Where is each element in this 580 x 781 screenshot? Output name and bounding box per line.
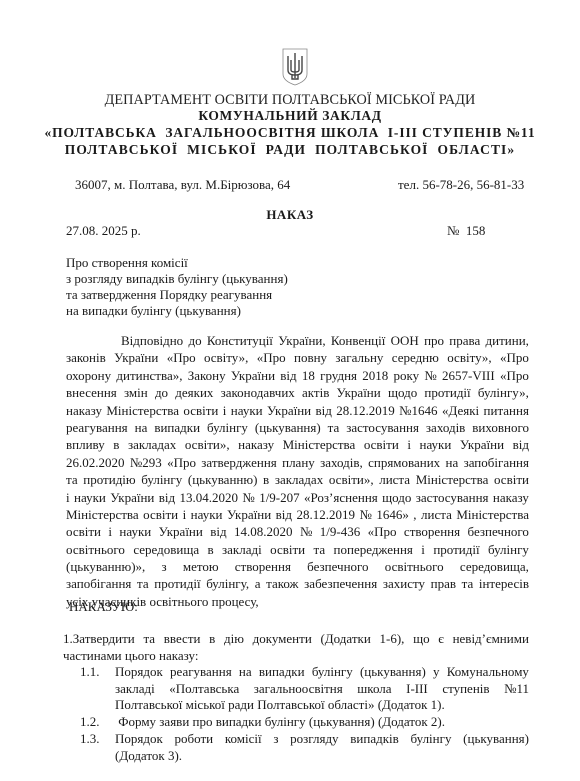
subitem-text: Форму заяви про випадки булінгу (цькуван… — [115, 714, 529, 731]
institution-type: КОМУНАЛЬНИЙ ЗАКЛАД — [0, 108, 580, 124]
subitem-line: Полтавської міської ради Полтавської обл… — [115, 697, 529, 714]
subitem-number: 1.2. — [80, 714, 100, 730]
preamble: ВідповіднодоКонституціїУкраїни,Конвенції… — [66, 332, 529, 610]
text-line: впливувзакладахосвіти»,наказуМіністерств… — [66, 436, 529, 453]
text-line: тапротидіюбулінгу(цькуванню)взакладахосв… — [66, 471, 529, 488]
subitem-line: Порядокреагуваннянавипадкибулінгу(цькува… — [115, 664, 529, 681]
order-date: 27.08. 2025 р. — [66, 223, 141, 239]
text-line: освітиінаукиУкраїнивід14.08.2020№1/9-436… — [66, 523, 529, 540]
subject-line: Про створення комісії — [66, 255, 288, 271]
subitem-number: 1.1. — [80, 664, 100, 680]
subject-line: на випадки булінгу (цькування) — [66, 303, 288, 319]
text-line: охоронудитинства»,ЗаконуУкраїнивід18груд… — [66, 367, 529, 384]
subitem-line: Форму заяви про випадки булінгу (цькуван… — [115, 714, 529, 731]
subitem-line: закладі«ПолтавськазагальноосвітняшколаІ-… — [115, 681, 529, 698]
text-line: внесеннязміндодеякихзаконодавчихактівУкр… — [66, 384, 529, 401]
subitem-text: Порядокроботикомісіїзрозглядувипадківбул… — [115, 731, 529, 764]
subject-line: з розгляду випадків булінгу (цькування) — [66, 271, 288, 287]
text-line: законівУкраїни«Проосвіту»,«Проповнузагал… — [66, 349, 529, 366]
item-line: частинами цього наказу: — [63, 648, 529, 665]
school-name-line-1: «ПОЛТАВСЬКА ЗАГАЛЬНООСВІТНЯ ШКОЛА І-ІІІ … — [0, 125, 580, 141]
item-line: 1.Затвердититаввестивдіюдокументи(Додатк… — [63, 631, 529, 648]
school-name-line-2: ПОЛТАВСЬКОЇ МІСЬКОЇ РАДИ ПОЛТАВСЬКОЇ ОБЛ… — [0, 142, 580, 158]
order-item-1: 1.Затвердититаввестивдіюдокументи(Додатк… — [63, 631, 529, 664]
text-line: освітньогосередовищавзакладіосвітитапопе… — [66, 541, 529, 558]
text-line: (цькуванню)»,зметоюствореннябезпечногоос… — [66, 558, 529, 575]
document-page: ДЕПАРТАМЕНТ ОСВІТИ ПОЛТАВСЬКОЇ МІСЬКОЇ Р… — [0, 0, 580, 781]
order-subject: Про створення комісії з розгляду випадкі… — [66, 255, 288, 319]
address: 36007, м. Полтава, вул. М.Бірюзова, 64 — [75, 177, 290, 193]
text-line: 26.02.2020№293«Прозатвердженняпланузаход… — [66, 454, 529, 471]
subitem-line: Порядокроботикомісіїзрозглядувипадківбул… — [115, 731, 529, 748]
department-name: ДЕПАРТАМЕНТ ОСВІТИ ПОЛТАВСЬКОЇ МІСЬКОЇ Р… — [0, 92, 580, 109]
directive-heading: НАКАЗУЮ: — [69, 599, 138, 615]
order-title: НАКАЗ — [0, 207, 580, 223]
subject-line: та затвердження Порядку реагування — [66, 287, 288, 303]
subitem-number: 1.3. — [80, 731, 100, 747]
text-line: ВідповіднодоКонституціїУкраїни,Конвенції… — [66, 332, 529, 349]
phone-numbers: тел. 56-78-26, 56-81-33 — [398, 177, 524, 193]
subitem-line: (Додаток 3). — [115, 748, 529, 765]
coat-of-arms-icon — [282, 48, 308, 86]
text-line: реагуваннянавипадкибулінгу(цькування)таз… — [66, 419, 529, 436]
text-line: запобіганнятапротидіїбулінгу,атакожзабез… — [66, 575, 529, 592]
text-line: інаукиУкраїнивід13.04.2020№1/9-207«Роз’я… — [66, 489, 529, 506]
order-number: № 158 — [447, 223, 485, 239]
subitem-text: Порядокреагуваннянавипадкибулінгу(цькува… — [115, 664, 529, 714]
text-line: МіністерстваосвітиінаукиУкраїнивід28.12.… — [66, 506, 529, 523]
text-line: наказуМіністерстваосвітиінаукиУкраїнивід… — [66, 402, 529, 419]
